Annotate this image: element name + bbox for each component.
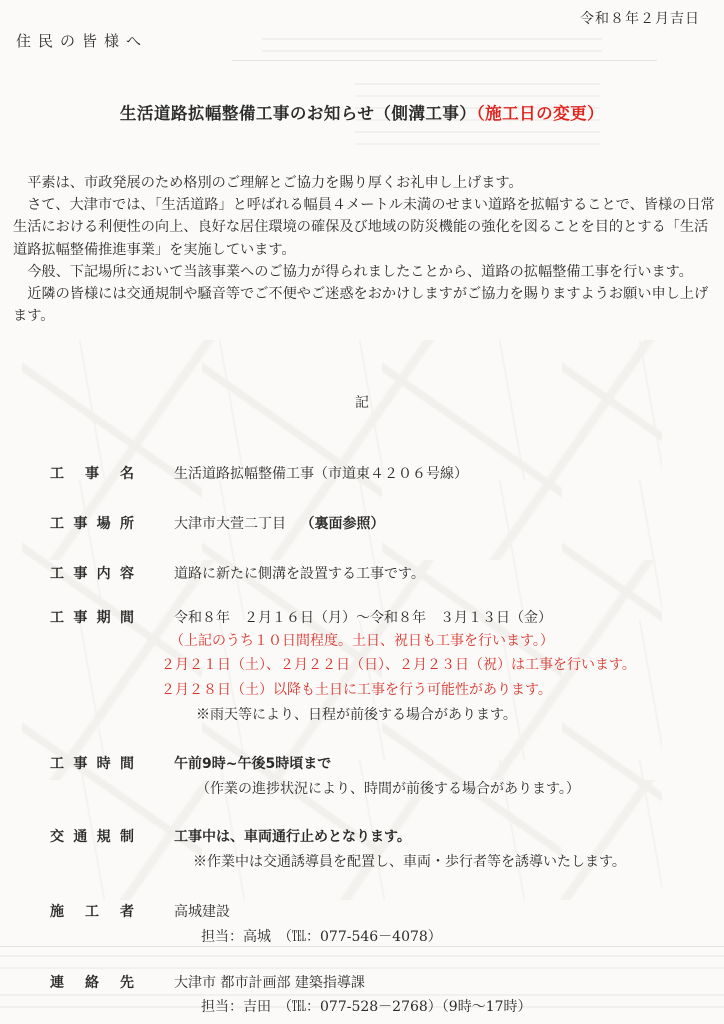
bleed-line: [0, 946, 724, 947]
intro-paragraph: 平素は、市政発展のため格別のご理解とご協力を賜り厚くお礼申し上げます。: [13, 172, 718, 194]
label-char: 工: [50, 513, 64, 533]
detail-label: 工 事 場 所: [50, 513, 134, 533]
period-value: 令和８年 ２月１６日（月）～令和８年 ３月１３日（金）: [174, 607, 552, 627]
label-char: 規: [97, 826, 111, 846]
label-char: 制: [120, 826, 134, 846]
label-char: 場: [97, 513, 111, 533]
detail-label: 工 事 内 容: [50, 563, 134, 583]
intro-paragraph: さて、大津市では、「生活道路」と呼ばれる幅員４メートル未満のせまい道路を拡幅する…: [13, 194, 718, 261]
greeting: 住民の皆様へ: [16, 30, 148, 51]
traffic-value: 工事中は、車両通行止めとなります。: [174, 826, 411, 846]
detail-label: 施 工 者: [50, 901, 134, 921]
location-note: （裏面参照）: [300, 516, 384, 532]
period-red-note: ２月２８日（土）以降も土日に工事を行う可能性があります。: [161, 679, 552, 699]
label-char: 容: [120, 563, 134, 583]
label-char: 通: [73, 826, 87, 846]
notice-title: 生活道路拡幅整備工事のお知らせ（側溝工事）（施工日の変更）: [0, 100, 724, 124]
bleed-line: [232, 60, 657, 61]
contractor-contact: 担当：高城 （℡：077-546－4078）: [201, 926, 442, 946]
label-char: 交: [50, 826, 64, 846]
label-char: 間: [120, 607, 134, 627]
period-note: ※雨天等により、日程が前後する場合があります。: [196, 704, 517, 724]
detail-label: 交 通 規 制: [50, 826, 134, 846]
location-value: 大津市大萱二丁目: [174, 516, 286, 532]
label-char: 工: [50, 753, 64, 773]
bleed-text: [0, 955, 724, 969]
label-char: 期: [97, 607, 111, 627]
period-red-note: ２月２１日（土）、２月２２日（日）、２月２３日（祝）は工事を行います。: [161, 654, 636, 674]
title-main: 生活道路拡幅整備工事のお知らせ（側溝工事）: [120, 104, 477, 123]
detail-value: 大津市大萱二丁目 （裏面参照）: [174, 513, 384, 533]
label-char: 内: [97, 563, 111, 583]
intro-text: 平素は、市政発展のため格別のご理解とご協力を賜り厚くお礼申し上げます。 さて、大…: [13, 172, 718, 327]
label-char: 時: [97, 753, 111, 773]
label-char: 施: [50, 901, 64, 921]
hours-value: 午前9時~午後5時頃まで: [174, 753, 331, 773]
label-char: 先: [120, 972, 134, 992]
label-char: 工: [50, 563, 64, 583]
label-char: 絡: [85, 972, 99, 992]
issue-date: 令和８年２月吉日: [580, 8, 700, 28]
detail-label: 連 絡 先: [50, 972, 134, 992]
period-red-note: （上記のうち１０日間程度。土日、祝日も工事を行います。）: [170, 630, 554, 650]
label-char: 工: [50, 607, 64, 627]
label-char: 名: [120, 463, 134, 483]
ki-heading: 記: [0, 392, 724, 412]
label-char: 事: [73, 753, 87, 773]
intro-paragraph: 近隣の皆様には交通規制や騒音等でご不便やご迷惑をおかけしますがご協力を賜りますよ…: [13, 283, 718, 327]
label-char: 者: [120, 901, 134, 921]
hours-note: （作業の進捗状況により、時間が前後する場合があります。）: [196, 778, 580, 798]
label-char: 間: [120, 753, 134, 773]
label-char: 事: [85, 463, 99, 483]
detail-label: 工 事 期 間: [50, 607, 134, 627]
intro-paragraph: 今般、下記場所において当該事業へのご協力が得られましたことから、道路の拡幅整備工…: [13, 261, 718, 283]
detail-label: 工 事 時 間: [50, 753, 134, 773]
contractor-value: 高城建設: [174, 901, 230, 921]
label-char: 所: [120, 513, 134, 533]
label-char: 事: [73, 563, 87, 583]
label-char: 工: [50, 463, 64, 483]
label-char: 事: [73, 513, 87, 533]
title-change-note: （施工日の変更）: [476, 104, 604, 123]
label-char: 連: [50, 972, 64, 992]
contact-person: 担当：吉田 （℡：077-528－2768）（9時～17時）: [201, 996, 532, 1016]
bleed-text: [262, 36, 602, 52]
label-char: 工: [85, 901, 99, 921]
traffic-note: ※作業中は交通誘導員を配置し、車両・歩行者等を誘導いたします。: [193, 851, 626, 871]
label-char: 事: [73, 607, 87, 627]
detail-value: 道路に新たに側溝を設置する工事です。: [174, 563, 425, 583]
detail-value: 生活道路拡幅整備工事（市道東４２０６号線）: [174, 463, 468, 483]
detail-label: 工 事 名: [50, 463, 134, 483]
contact-value: 大津市 都市計画部 建築指導課: [174, 972, 365, 992]
